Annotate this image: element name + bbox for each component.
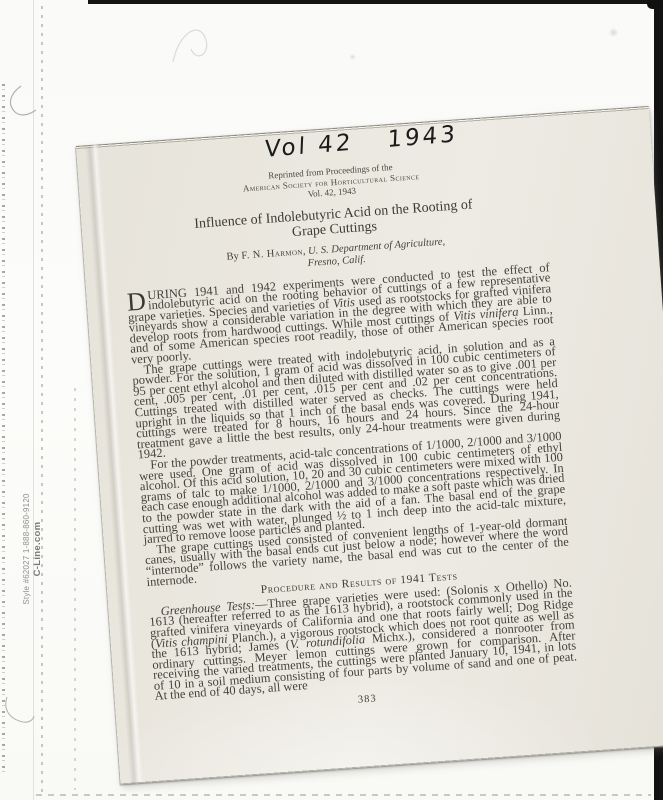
scanned-document-photo: { "sleeve": { "brand": "C-Line.com", "st… — [0, 0, 663, 800]
sleeve-brand-name: C-Line.com — [32, 474, 43, 624]
paper-page: Vol 42 1943 Reprinted from Proceedings o… — [76, 106, 663, 784]
byline-prefix: By — [226, 250, 242, 262]
binding-perforation-marks — [2, 84, 5, 772]
sleeve-brand-print: Style #62027 1-888-860-9120 C-Line.com — [21, 474, 47, 624]
sleeve-stitch-bottom — [36, 794, 651, 796]
sleeve-style-number: Style #62027 1-888-860-9120 — [21, 474, 32, 624]
scan-edge-corner — [647, 0, 663, 9]
sleeve-stitch-dots — [41, 6, 43, 794]
smudge-spot — [349, 54, 356, 60]
article-body: DURING 1941 and 1942 experiments were co… — [126, 262, 578, 702]
sleeve-stitch-dots-inner — [74, 388, 76, 790]
smudge-spot — [608, 28, 619, 37]
scan-edge-top — [88, 0, 663, 4]
author-affiliation: U. S. Department of Agriculture, — [308, 236, 446, 257]
author-name: F. N. Harmon — [241, 246, 303, 261]
sleeve-seam-line — [33, 0, 34, 800]
page-content: Reprinted from Proceedings of the Americ… — [116, 114, 579, 720]
